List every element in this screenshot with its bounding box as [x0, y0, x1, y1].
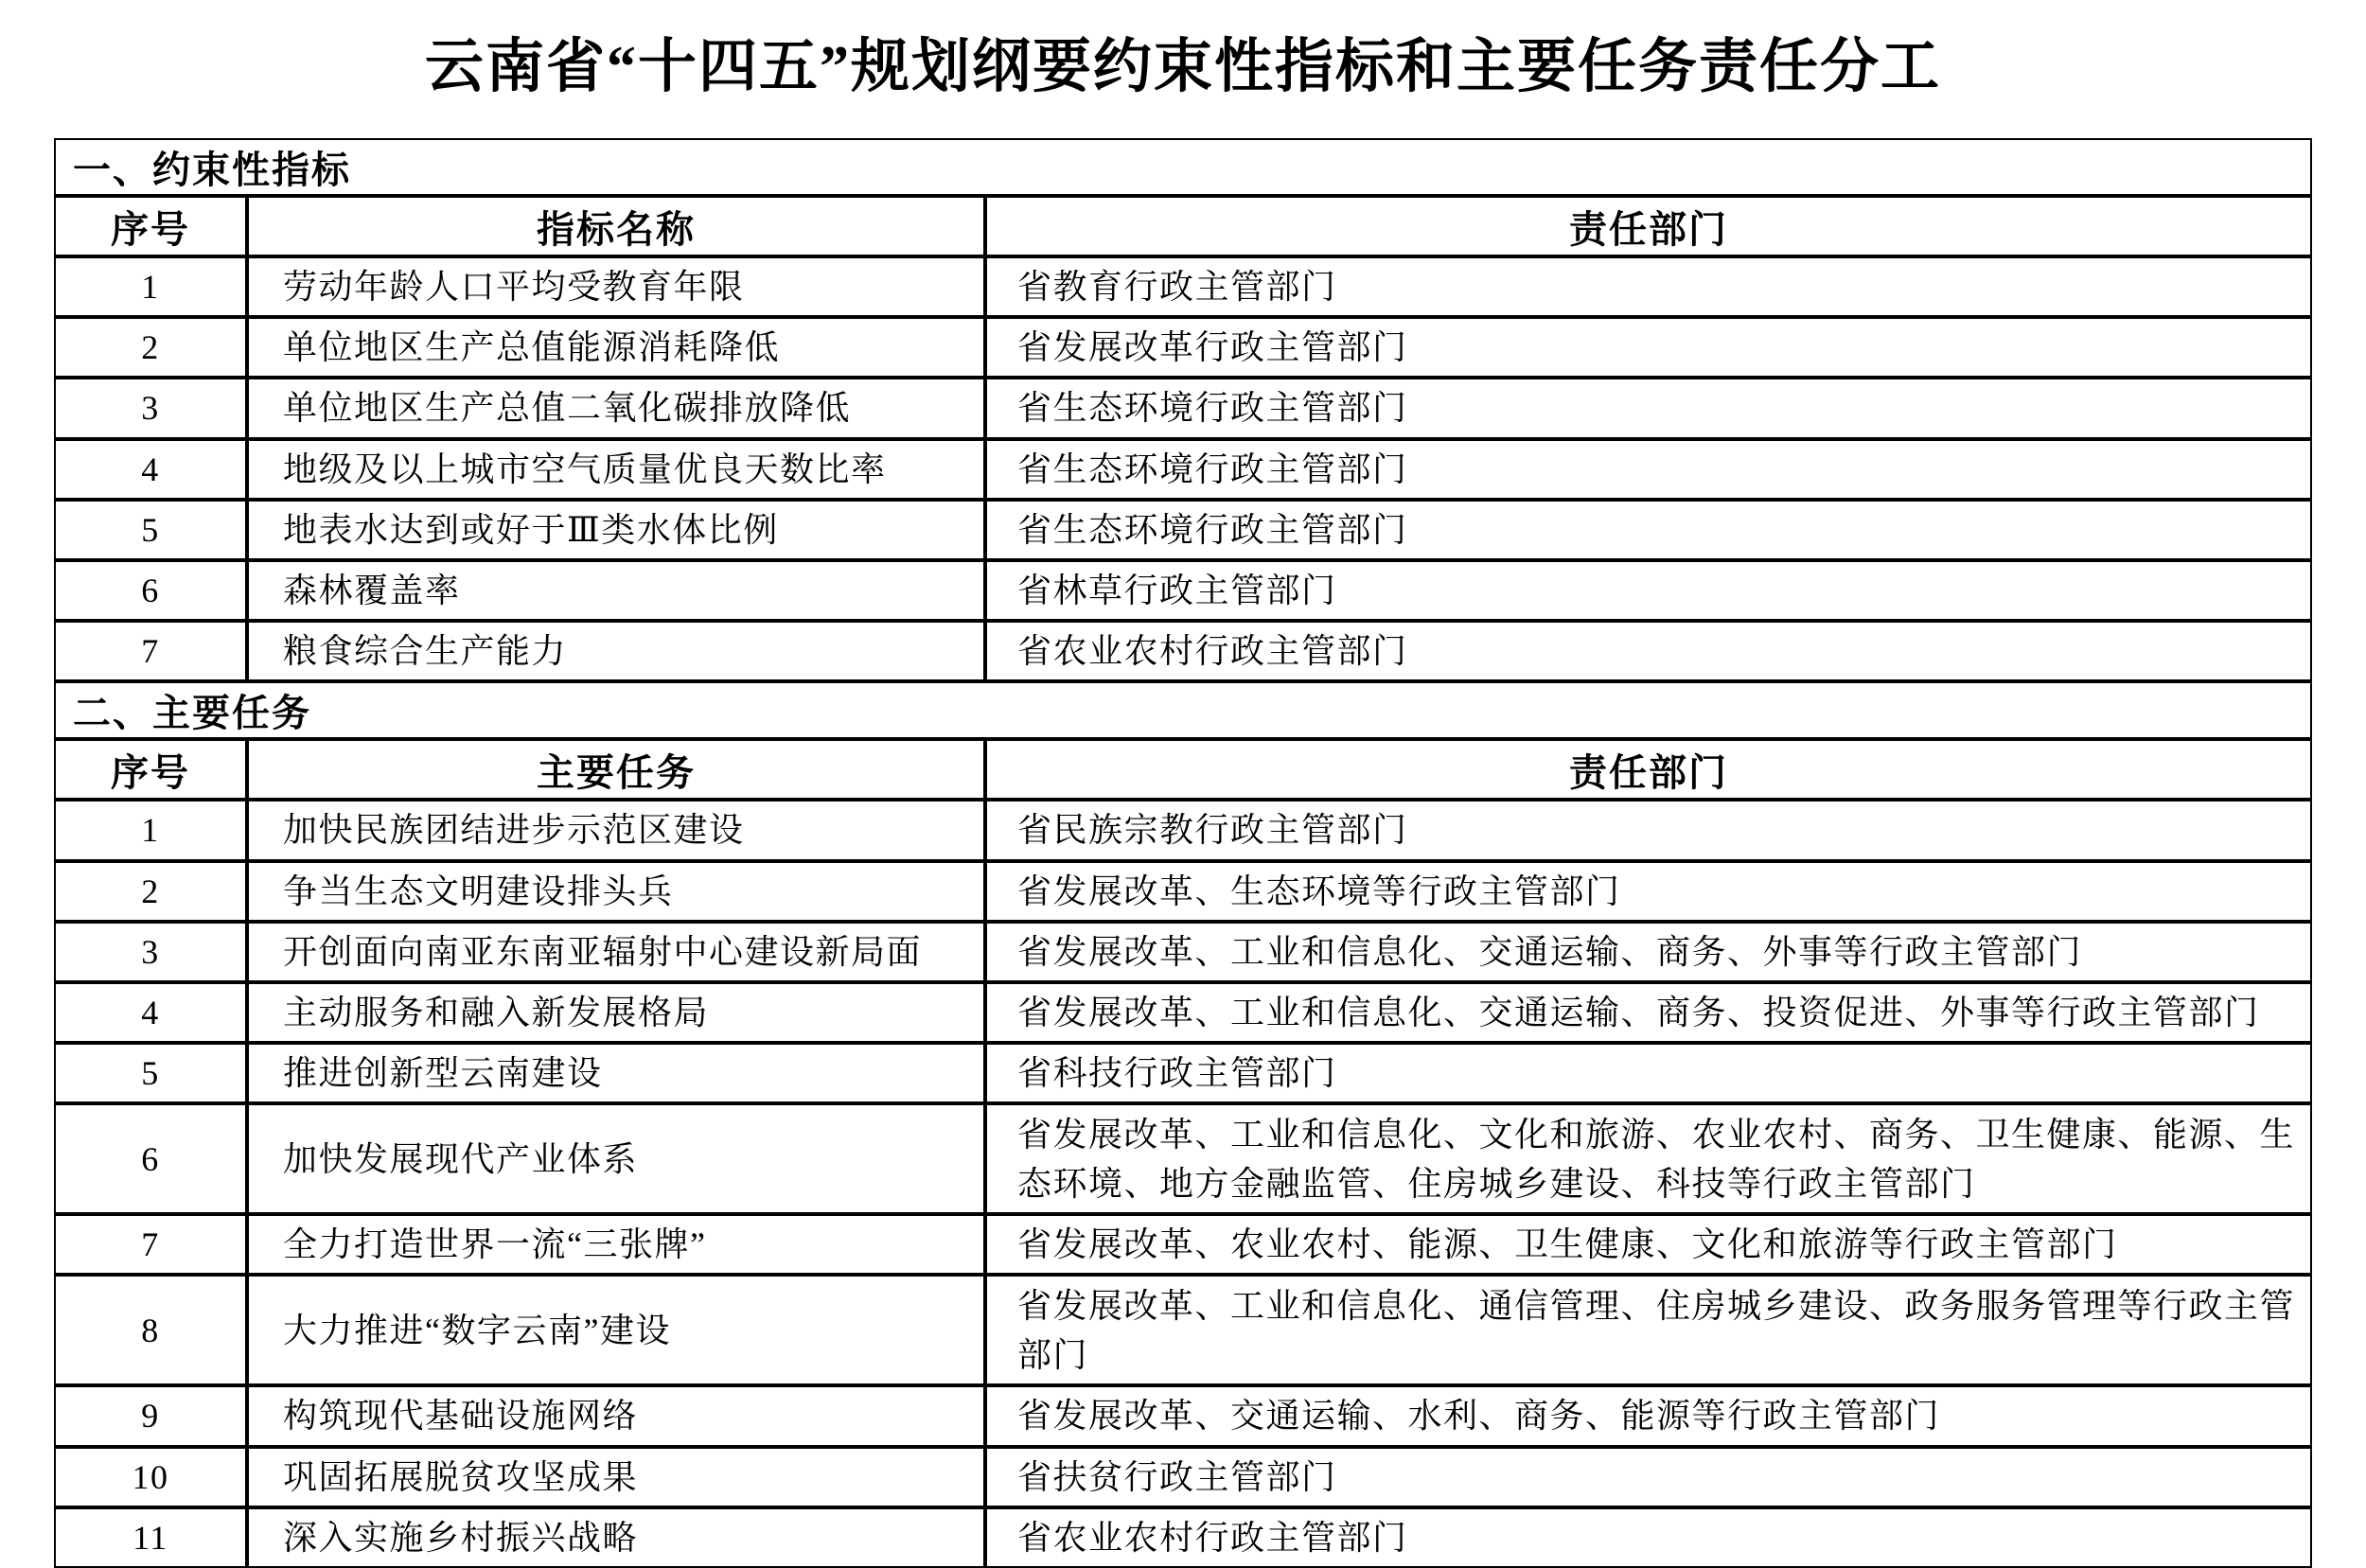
section2-col-dept: 责任部门 — [985, 739, 2312, 800]
task-name: 加快发展现代产业体系 — [247, 1103, 985, 1214]
section2-col-no: 序号 — [54, 739, 247, 800]
task-name: 大力推进“数字云南”建设 — [247, 1275, 985, 1385]
responsibility-table: 一、约束性指标 序号 指标名称 责任部门 1 劳动年龄人口平均受教育年限 省教育… — [54, 138, 2312, 1568]
section1-col-dept: 责任部门 — [985, 196, 2312, 256]
section1-heading: 一、约束性指标 — [54, 138, 2312, 196]
table-row: 9 构筑现代基础设施网络 省发展改革、交通运输、水利、商务、能源等行政主管部门 — [54, 1385, 2312, 1446]
section1-heading-row: 一、约束性指标 — [54, 138, 2312, 196]
table-row: 2 争当生态文明建设排头兵 省发展改革、生态环境等行政主管部门 — [54, 861, 2312, 922]
table-row: 3 单位地区生产总值二氧化碳排放降低 省生态环境行政主管部门 — [54, 378, 2312, 438]
responsible-dept: 省扶贫行政主管部门 — [985, 1447, 2312, 1507]
table-row: 4 主动服务和融入新发展格局 省发展改革、工业和信息化、交通运输、商务、投资促进… — [54, 982, 2312, 1043]
row-number: 7 — [54, 1214, 247, 1275]
table-row: 1 加快民族团结进步示范区建设 省民族宗教行政主管部门 — [54, 800, 2312, 860]
section2-heading: 二、主要任务 — [54, 681, 2312, 739]
task-name: 开创面向南亚东南亚辐射中心建设新局面 — [247, 922, 985, 982]
table-row: 2 单位地区生产总值能源消耗降低 省发展改革行政主管部门 — [54, 317, 2312, 378]
row-number: 8 — [54, 1275, 247, 1385]
table-row: 7 全力打造世界一流“三张牌” 省发展改革、农业农村、能源、卫生健康、文化和旅游… — [54, 1214, 2312, 1275]
indicator-name: 粮食综合生产能力 — [247, 621, 985, 681]
document-title: 云南省“十四五”规划纲要约束性指标和主要任务责任分工 — [54, 15, 2312, 138]
indicator-name: 地表水达到或好于Ⅲ类水体比例 — [247, 500, 985, 560]
responsible-dept: 省生态环境行政主管部门 — [985, 439, 2312, 500]
row-number: 5 — [54, 1043, 247, 1103]
row-number: 3 — [54, 378, 247, 438]
table-row: 1 劳动年龄人口平均受教育年限 省教育行政主管部门 — [54, 256, 2312, 317]
responsible-dept: 省农业农村行政主管部门 — [985, 1507, 2312, 1568]
table-row: 5 地表水达到或好于Ⅲ类水体比例 省生态环境行政主管部门 — [54, 500, 2312, 560]
row-number: 2 — [54, 317, 247, 378]
responsible-dept: 省民族宗教行政主管部门 — [985, 800, 2312, 860]
responsible-dept: 省科技行政主管部门 — [985, 1043, 2312, 1103]
row-number: 6 — [54, 560, 247, 621]
table-row: 4 地级及以上城市空气质量优良天数比率 省生态环境行政主管部门 — [54, 439, 2312, 500]
responsible-dept: 省发展改革、农业农村、能源、卫生健康、文化和旅游等行政主管部门 — [985, 1214, 2312, 1275]
responsible-dept: 省林草行政主管部门 — [985, 560, 2312, 621]
task-name: 主动服务和融入新发展格局 — [247, 982, 985, 1043]
row-number: 5 — [54, 500, 247, 560]
indicator-name: 地级及以上城市空气质量优良天数比率 — [247, 439, 985, 500]
indicator-name: 森林覆盖率 — [247, 560, 985, 621]
section1-col-name: 指标名称 — [247, 196, 985, 256]
table-row: 3 开创面向南亚东南亚辐射中心建设新局面 省发展改革、工业和信息化、交通运输、商… — [54, 922, 2312, 982]
responsible-dept: 省发展改革、工业和信息化、文化和旅游、农业农村、商务、卫生健康、能源、生态环境、… — [985, 1103, 2312, 1214]
section2-header-row: 序号 主要任务 责任部门 — [54, 739, 2312, 800]
responsible-dept: 省发展改革、生态环境等行政主管部门 — [985, 861, 2312, 922]
row-number: 9 — [54, 1385, 247, 1446]
document-page: 云南省“十四五”规划纲要约束性指标和主要任务责任分工 一、约束性指标 序号 指标… — [0, 0, 2366, 1503]
responsible-dept: 省教育行政主管部门 — [985, 256, 2312, 317]
row-number: 3 — [54, 922, 247, 982]
table-row: 6 森林覆盖率 省林草行政主管部门 — [54, 560, 2312, 621]
row-number: 6 — [54, 1103, 247, 1214]
section2-col-task: 主要任务 — [247, 739, 985, 800]
task-name: 全力打造世界一流“三张牌” — [247, 1214, 985, 1275]
table-row: 7 粮食综合生产能力 省农业农村行政主管部门 — [54, 621, 2312, 681]
responsible-dept: 省发展改革、工业和信息化、交通运输、商务、外事等行政主管部门 — [985, 922, 2312, 982]
responsible-dept: 省生态环境行政主管部门 — [985, 500, 2312, 560]
table-row: 8 大力推进“数字云南”建设 省发展改革、工业和信息化、通信管理、住房城乡建设、… — [54, 1275, 2312, 1385]
section2-heading-row: 二、主要任务 — [54, 681, 2312, 739]
task-name: 推进创新型云南建设 — [247, 1043, 985, 1103]
responsible-dept: 省发展改革、工业和信息化、交通运输、商务、投资促进、外事等行政主管部门 — [985, 982, 2312, 1043]
responsible-dept: 省发展改革、工业和信息化、通信管理、住房城乡建设、政务服务管理等行政主管部门 — [985, 1275, 2312, 1385]
section1-header-row: 序号 指标名称 责任部门 — [54, 196, 2312, 256]
task-name: 巩固拓展脱贫攻坚成果 — [247, 1447, 985, 1507]
task-name: 构筑现代基础设施网络 — [247, 1385, 985, 1446]
indicator-name: 单位地区生产总值能源消耗降低 — [247, 317, 985, 378]
responsible-dept: 省生态环境行政主管部门 — [985, 378, 2312, 438]
table-row: 5 推进创新型云南建设 省科技行政主管部门 — [54, 1043, 2312, 1103]
table-row: 10 巩固拓展脱贫攻坚成果 省扶贫行政主管部门 — [54, 1447, 2312, 1507]
task-name: 争当生态文明建设排头兵 — [247, 861, 985, 922]
responsible-dept: 省发展改革行政主管部门 — [985, 317, 2312, 378]
row-number: 11 — [54, 1507, 247, 1568]
table-row: 11 深入实施乡村振兴战略 省农业农村行政主管部门 — [54, 1507, 2312, 1568]
task-name: 深入实施乡村振兴战略 — [247, 1507, 985, 1568]
row-number: 7 — [54, 621, 247, 681]
indicator-name: 单位地区生产总值二氧化碳排放降低 — [247, 378, 985, 438]
indicator-name: 劳动年龄人口平均受教育年限 — [247, 256, 985, 317]
responsible-dept: 省农业农村行政主管部门 — [985, 621, 2312, 681]
table-row: 6 加快发展现代产业体系 省发展改革、工业和信息化、文化和旅游、农业农村、商务、… — [54, 1103, 2312, 1214]
row-number: 2 — [54, 861, 247, 922]
responsible-dept: 省发展改革、交通运输、水利、商务、能源等行政主管部门 — [985, 1385, 2312, 1446]
section1-col-no: 序号 — [54, 196, 247, 256]
row-number: 1 — [54, 800, 247, 860]
row-number: 1 — [54, 256, 247, 317]
row-number: 4 — [54, 982, 247, 1043]
task-name: 加快民族团结进步示范区建设 — [247, 800, 985, 860]
row-number: 4 — [54, 439, 247, 500]
row-number: 10 — [54, 1447, 247, 1507]
